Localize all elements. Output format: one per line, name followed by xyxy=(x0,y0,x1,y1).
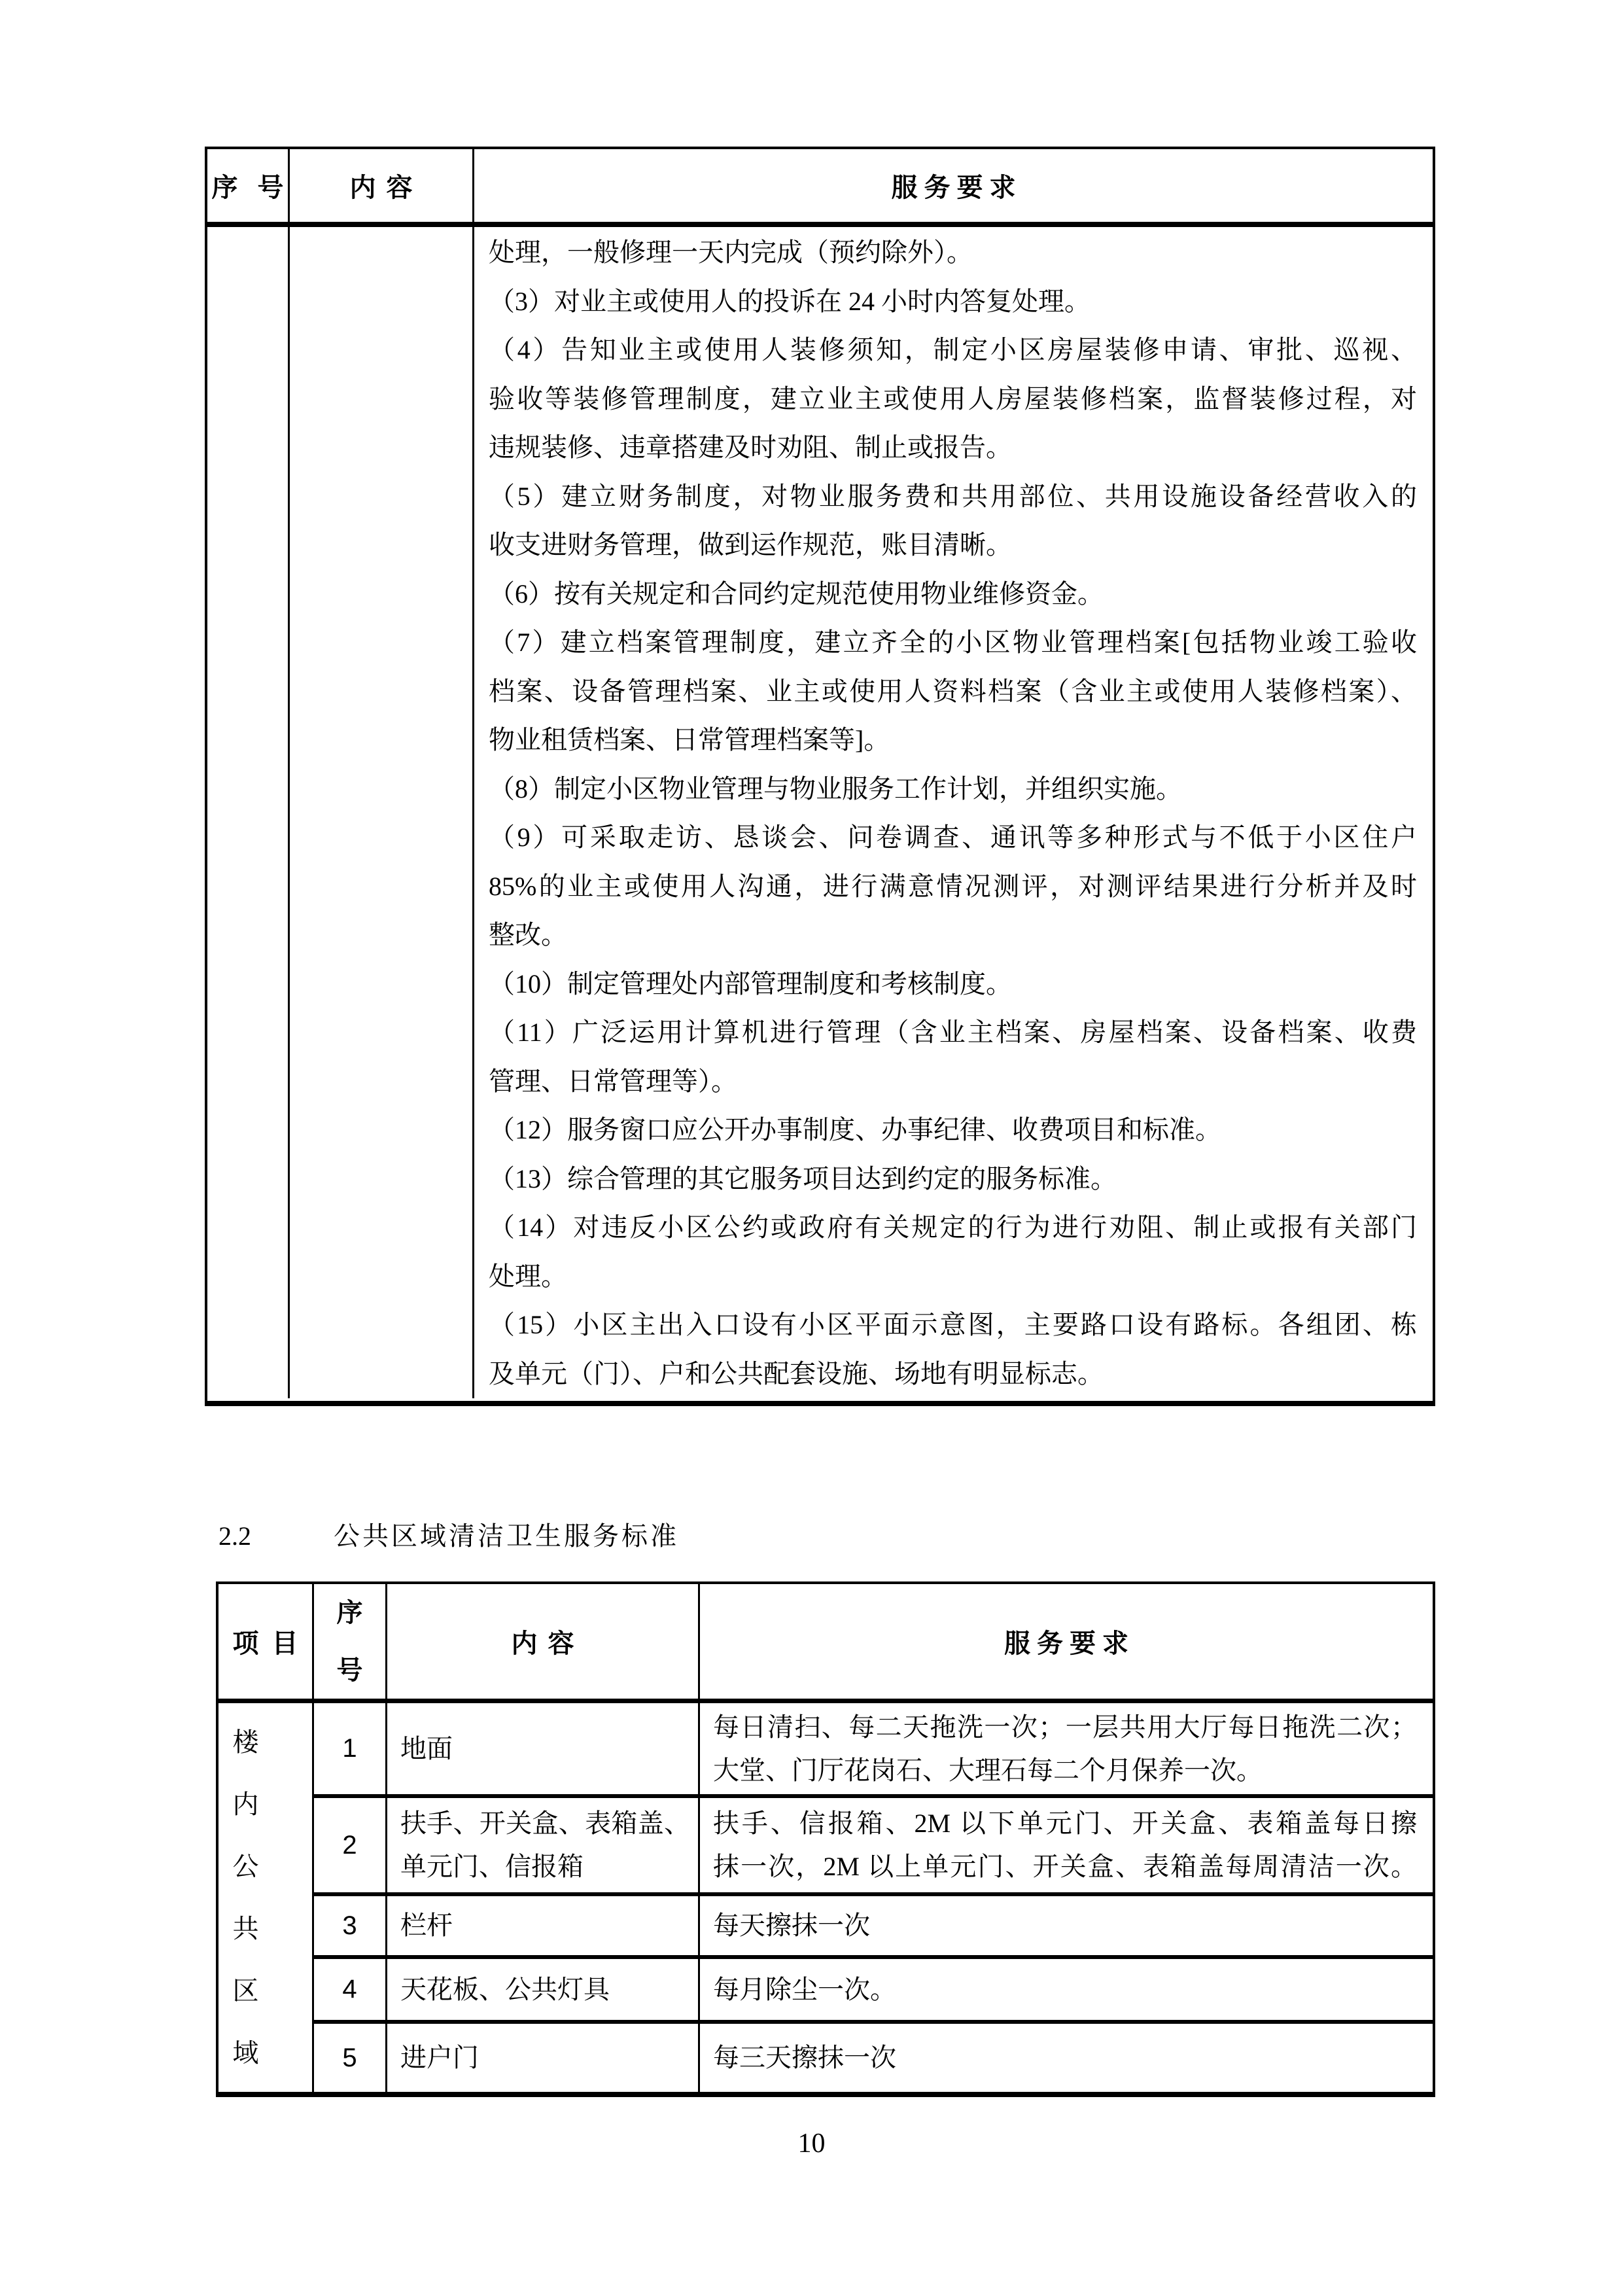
table2-row-content: 天花板、公共灯具 xyxy=(387,1959,700,2024)
table1-header-seq: 序号 xyxy=(207,149,290,227)
table2-header-content: 内容 xyxy=(387,1584,700,1703)
table2-row-requirement: 每月除尘一次。 xyxy=(700,1959,1433,2024)
table2-row-content: 进户门 xyxy=(387,2024,700,2092)
table2-row-requirement: 每三天擦抹一次 xyxy=(700,2024,1433,2092)
section-heading: 2.2公共区域清洁卫生服务标准 xyxy=(218,1518,679,1555)
table2-row-seq: 1 xyxy=(314,1703,387,1798)
table2-header-project-label: 项目 xyxy=(233,1623,311,1660)
table1-header-requirement-label: 服务要求 xyxy=(892,167,1022,204)
table2-row-seq: 2 xyxy=(314,1798,387,1896)
table1-content-cell-empty xyxy=(290,227,474,1398)
table2-group-label: 楼内 公共 区域 xyxy=(218,1703,314,2092)
section-number: 2.2 xyxy=(218,1518,334,1555)
table2-row-seq: 4 xyxy=(314,1959,387,2024)
section-title: 公共区域清洁卫生服务标准 xyxy=(334,1521,679,1551)
table2-header-seq-label: 序号 xyxy=(336,1584,364,1699)
table2-row-requirement: 扶手、信报箱、2M 以下单元门、开关盒、表箱盖每日擦抹一次，2M 以上单元门、开… xyxy=(700,1798,1433,1896)
table2-row-requirement: 每日清扫、每二天拖洗一次；一层共用大厅每日拖洗二次；大堂、门厅花岗石、大理石每二… xyxy=(700,1703,1433,1798)
table2-header-project: 项目 xyxy=(218,1584,314,1703)
table2-row-content: 地面 xyxy=(387,1703,700,1798)
table2-row-seq: 5 xyxy=(314,2024,387,2092)
table2-header-content-label: 内容 xyxy=(512,1623,585,1660)
group-label-line: 楼内 xyxy=(233,1727,272,1819)
table2-header-requirement-label: 服务要求 xyxy=(1004,1623,1135,1660)
group-label-line: 公共 xyxy=(233,1852,272,1943)
page-number: 10 xyxy=(0,2128,1623,2159)
table2-row-requirement: 每天擦抹一次 xyxy=(700,1896,1433,1959)
table2-header-seq: 序号 xyxy=(314,1584,387,1703)
table2-header-requirement: 服务要求 xyxy=(700,1584,1433,1703)
table2-row-content: 扶手、开关盒、表箱盖、单元门、信报箱 xyxy=(387,1798,700,1896)
table1-header-content-label: 内容 xyxy=(350,167,423,204)
table1-header-content: 内容 xyxy=(290,149,474,227)
table2-row-content: 栏杆 xyxy=(387,1896,700,1959)
cleaning-standards-table: 项目 序号 内容 服务要求 楼内 公共 区域 1 地面 每日清扫、每二天拖洗一次… xyxy=(216,1581,1435,2097)
table2-row-seq: 3 xyxy=(314,1896,387,1959)
table1-seq-cell-empty xyxy=(207,227,290,1398)
service-requirements-table: 序号 内容 服务要求 处理，一般修理一天内完成（预约除外）。（3）对业主或使用人… xyxy=(205,147,1435,1406)
table1-requirement-cell: 处理，一般修理一天内完成（预约除外）。（3）对业主或使用人的投诉在 24 小时内… xyxy=(474,227,1433,1398)
group-label-line: 区域 xyxy=(233,1976,272,2068)
table1-header-requirement: 服务要求 xyxy=(474,149,1433,227)
document-page: 序号 内容 服务要求 处理，一般修理一天内完成（预约除外）。（3）对业主或使用人… xyxy=(0,0,1623,2296)
